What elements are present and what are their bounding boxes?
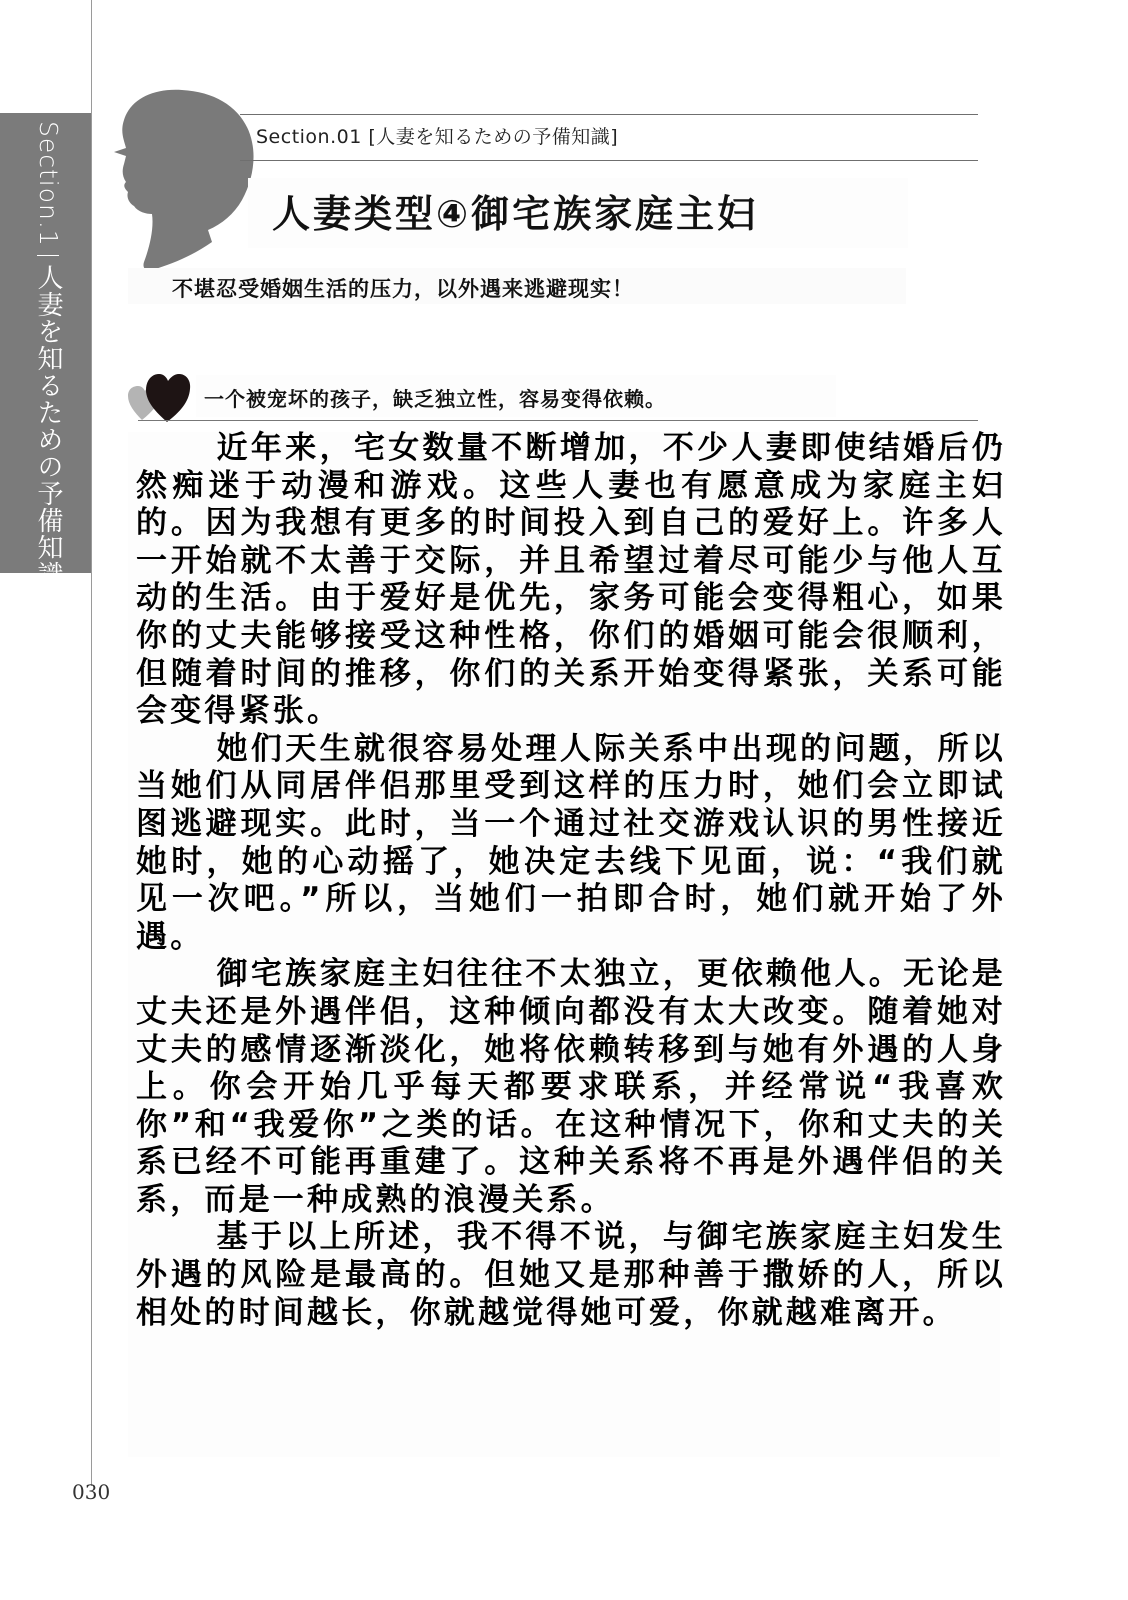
page-subtitle: 不堪忍受婚姻生活的压力，以外遇来逃避现实！ (172, 273, 634, 303)
body-paragraph: 基于以上所述，我不得不说，与御宅族家庭主妇发生外遇的风险是最高的。但她又是那种善… (136, 1219, 1006, 1332)
header-rule-top (240, 114, 978, 115)
header-rule-bottom (240, 160, 978, 161)
side-tab-divider (37, 255, 59, 256)
hearts-icon (128, 372, 192, 424)
side-tab-chapter: 人妻を知るための予備知識 (33, 264, 63, 588)
page-number: 030 (72, 1480, 110, 1504)
key-point: 一个被宠坏的孩子，缺乏独立性，容易变得依赖。 (204, 383, 666, 412)
margin-line (91, 0, 92, 1486)
body-paragraph: 她们天生就很容易处理人际关系中出现的问题，所以当她们从同居伴侣那里受到这样的压力… (136, 731, 1006, 957)
side-tab-section: Section.1 (33, 121, 63, 247)
chapter-side-tab-text: Section.1 人妻を知るための予備知識 (33, 121, 63, 588)
body-paragraph: 近年来，宅女数量不断增加，不少人妻即使结婚后仍然痴迷于动漫和游戏。这些人妻也有愿… (136, 430, 1006, 731)
body-text: 近年来，宅女数量不断增加，不少人妻即使结婚后仍然痴迷于动漫和游戏。这些人妻也有愿… (136, 430, 1006, 1332)
body-paragraph: 御宅族家庭主妇往往不太独立，更依赖他人。无论是丈夫还是外遇伴侣，这种倾向都没有太… (136, 956, 1006, 1219)
key-point-rule (138, 420, 978, 421)
section-label: Section.01 [人妻を知るための予備知識] (256, 122, 618, 149)
chapter-side-tab: Section.1 人妻を知るための予備知識 (0, 113, 91, 573)
page-title: 人妻类型④御宅族家庭主妇 (272, 183, 758, 238)
